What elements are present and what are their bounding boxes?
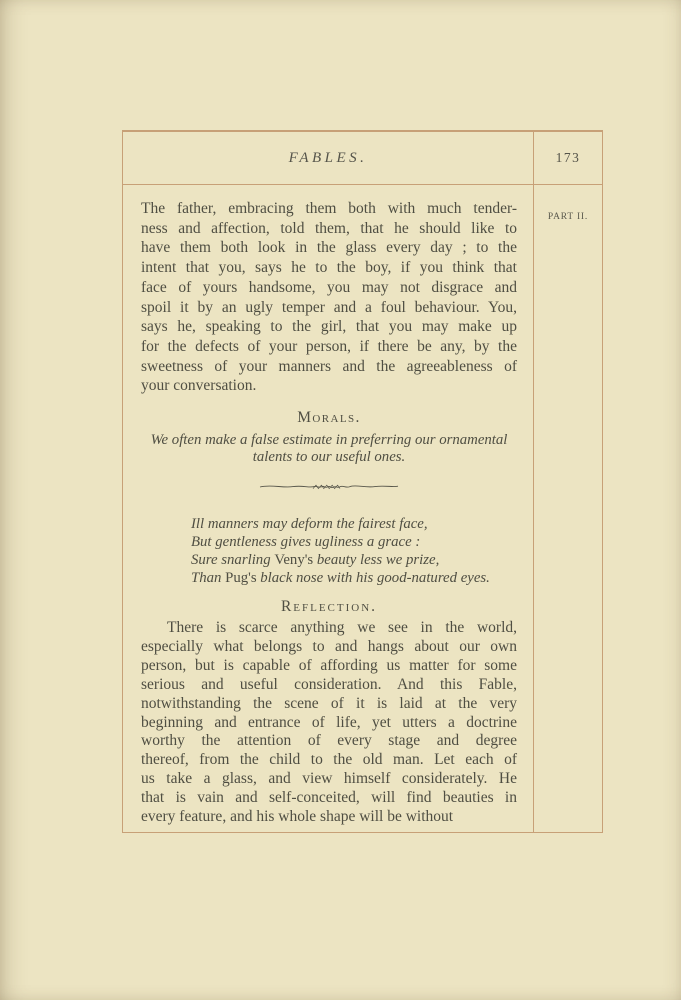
verse-text: But gentleness gives ugliness a grace : [191,534,420,550]
squiggle-flourish-icon [259,479,399,493]
verse-text: black nose with his good-natured eyes. [257,570,490,586]
page-number-cell: 173 [533,132,602,185]
text-line: talents to our useful ones. [141,449,517,466]
verse-text: Than [191,570,225,586]
verse-line: Sure snarling Veny's beauty less we priz… [191,551,517,569]
text-line: spoil it by an ugly temper and a foul be… [141,298,517,318]
verse-line: But gentleness gives ugliness a grace : [191,533,517,551]
text-line: serious and useful consideration. And th… [141,676,517,695]
text-line: intent that you, says he to the boy, if … [141,258,517,278]
reflection-paragraph: There is scarce anything we see in the w… [141,619,517,827]
verse-text: Sure snarling [191,552,274,568]
verse-text: beauty less we prize, [313,552,439,568]
decorative-divider [141,479,517,498]
margin-note: PART II. [548,212,588,222]
text-line: sweetness of your manners and the agreea… [141,357,517,377]
verse-line: Ill manners may deform the fairest face, [191,515,517,533]
text-line: for the defects of your person, if there… [141,337,517,357]
text-line: person, but is capable of affording us m… [141,657,517,676]
reflection-heading: Reflection. [141,598,517,615]
text-line: that is vain and self-conceited, will fi… [141,789,517,808]
verse-proper-noun: Veny's [274,552,313,568]
intro-paragraph: The father, embracing them both with muc… [141,199,517,396]
verse-proper-noun: Pug's [225,570,256,586]
morals-heading: Morals. [141,409,517,426]
text-line: The father, embracing them both with muc… [141,199,517,219]
text-line: every feature, and his whole shape will … [141,808,517,827]
text-line: ness and affection, told them, that he s… [141,219,517,239]
text-line: us take a glass, and view himself consid… [141,770,517,789]
verse-text: Ill manners may deform the fairest face, [191,516,428,532]
book-page-scan: FABLES. 173 The father, embracing them b… [0,0,681,1000]
text-line: your conversation. [141,376,517,396]
margin-column: PART II. [533,185,602,832]
page-number: 173 [556,150,581,166]
page-title: FABLES. [289,150,368,167]
text-line: worthy the attention of every stage and … [141,732,517,751]
page-rule-frame: FABLES. 173 The father, embracing them b… [122,130,603,833]
main-text-column: The father, embracing them both with muc… [123,185,533,832]
verse-line: Than Pug's black nose with his good-natu… [191,569,517,587]
text-line: says he, speaking to the girl, that you … [141,317,517,337]
text-line: have them both look in the glass every d… [141,238,517,258]
running-header: FABLES. [123,132,533,185]
text-line: We often make a false estimate in prefer… [141,432,517,449]
text-line: beginning and entrance of life, yet utte… [141,714,517,733]
morals-text: We often make a false estimate in prefer… [141,432,517,465]
text-line: especially what belongs to and hangs abo… [141,638,517,657]
text-line: thereof, from the child to the old man. … [141,751,517,770]
text-line: face of yours handsome, you may not disg… [141,278,517,298]
text-line: notwithstanding the scene of it is laid … [141,695,517,714]
text-line: There is scarce anything we see in the w… [141,619,517,638]
verse: Ill manners may deform the fairest face,… [141,515,517,587]
